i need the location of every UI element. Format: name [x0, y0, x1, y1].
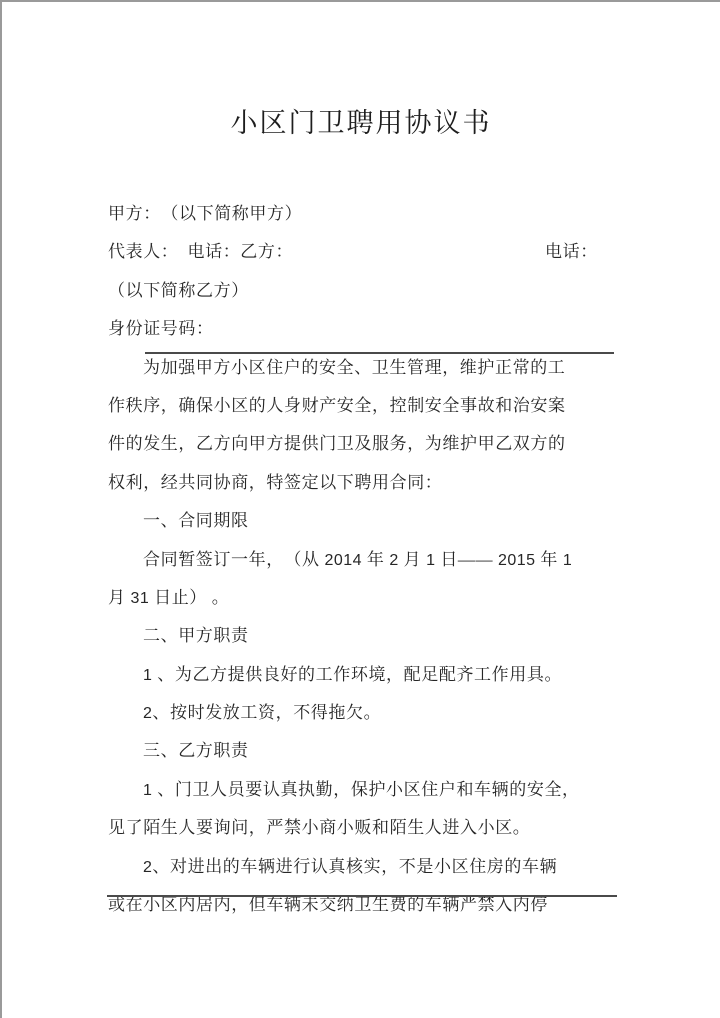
- text-line-right-content: 电话：: [545, 233, 598, 271]
- text-line-content: 一、合同期限: [143, 511, 249, 530]
- text-line-content: 权利，经共同协商，特签定以下聘用合同：: [108, 473, 442, 492]
- text-line: 合同暂签订一年， （从 2014 年 2 月 1 日—— 2015 年 1: [108, 541, 616, 579]
- text-line: 或在小区内居内，但车辆未交纳卫生费的车辆严禁入内停: [108, 886, 616, 924]
- text-line-content: 身份证号码：: [108, 319, 214, 338]
- text-line: 月 31 日止） 。: [108, 579, 616, 617]
- text-line-content: 1 、门卫人员要认真执勤，保护小区住户和车辆的安全，: [143, 780, 580, 799]
- text-line: 1 、为乙方提供良好的工作环境，配足配齐工作用具。: [108, 656, 616, 694]
- text-line: 甲方： （以下简称甲方）: [108, 195, 616, 233]
- text-line-content: 甲方： （以下简称甲方）: [108, 204, 302, 223]
- text-line-content: 见了陌生人要询问，严禁小商小贩和陌生人进入小区。: [108, 818, 530, 837]
- text-line-content: 或在小区内居内，但车辆未交纳卫生费的车辆严禁入内停: [108, 895, 548, 914]
- text-line: 件的发生，乙方向甲方提供门卫及服务，为维护甲乙双方的: [108, 425, 616, 463]
- text-line: 身份证号码：: [108, 310, 616, 348]
- text-line: 2、按时发放工资，不得拖欠。: [108, 694, 616, 732]
- document-title: 小区门卫聘用协议书: [2, 101, 720, 140]
- text-line: 二、甲方职责: [108, 617, 616, 655]
- text-line: 代表人： 电话：乙方：电话：: [108, 233, 616, 271]
- document-body: 甲方： （以下简称甲方）代表人： 电话：乙方：电话：（以下简称乙方）身份证号码：…: [108, 195, 616, 924]
- text-line: 三、乙方职责: [108, 732, 616, 770]
- text-line-content: 三、乙方职责: [143, 741, 249, 760]
- text-line-content: （以下简称乙方）: [108, 281, 249, 300]
- text-line-content: 件的发生，乙方向甲方提供门卫及服务，为维护甲乙双方的: [108, 434, 566, 453]
- text-line-content: 2、按时发放工资，不得拖欠。: [143, 703, 381, 722]
- separator-line-bottom: [107, 895, 617, 897]
- text-line-content: 二、甲方职责: [143, 626, 249, 645]
- text-line: （以下简称乙方）: [108, 272, 616, 310]
- text-line: 为加强甲方小区住户的安全、卫生管理，维护正常的工: [108, 349, 616, 387]
- text-line: 见了陌生人要询问，严禁小商小贩和陌生人进入小区。: [108, 809, 616, 847]
- text-line: 权利，经共同协商，特签定以下聘用合同：: [108, 464, 616, 502]
- text-line-content: 作秩序，确保小区的人身财产安全，控制安全事故和治安案: [108, 396, 566, 415]
- text-line-content: 1 、为乙方提供良好的工作环境，配足配齐工作用具。: [143, 665, 562, 684]
- text-line: 一、合同期限: [108, 502, 616, 540]
- text-line-content: 2、对进出的车辆进行认真核实，不是小区住房的车辆: [143, 857, 557, 876]
- text-line-content: 合同暂签订一年， （从 2014 年 2 月 1 日—— 2015 年 1: [143, 550, 572, 569]
- text-line-content: 代表人： 电话：乙方：: [108, 242, 293, 261]
- text-line: 作秩序，确保小区的人身财产安全，控制安全事故和治安案: [108, 387, 616, 425]
- text-line-content: 月 31 日止） 。: [108, 588, 229, 607]
- document-page: 小区门卫聘用协议书 甲方： （以下简称甲方）代表人： 电话：乙方：电话：（以下简…: [0, 0, 720, 1018]
- separator-line-top: [145, 352, 614, 354]
- text-line: 1 、门卫人员要认真执勤，保护小区住户和车辆的安全，: [108, 771, 616, 809]
- text-line: 2、对进出的车辆进行认真核实，不是小区住房的车辆: [108, 848, 616, 886]
- text-line-content: 为加强甲方小区住户的安全、卫生管理，维护正常的工: [143, 358, 565, 377]
